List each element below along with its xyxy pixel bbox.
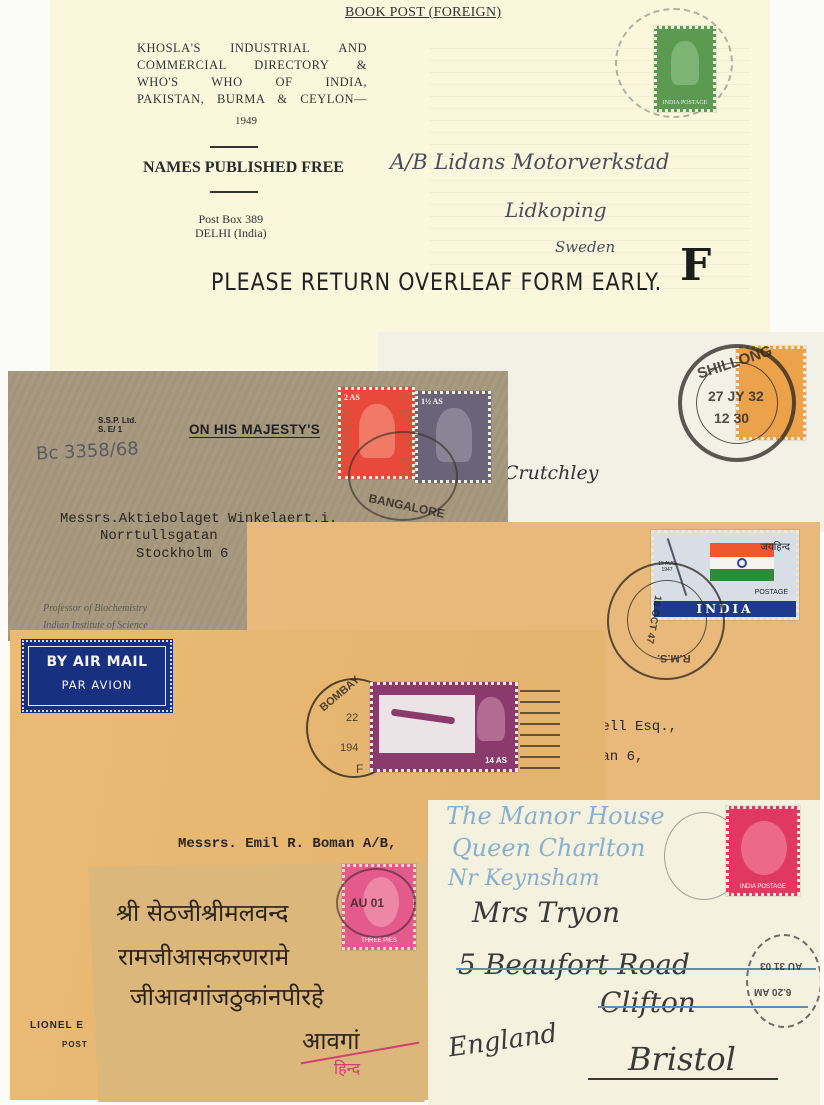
green-king-stamp: INDIA POSTAGE bbox=[654, 26, 716, 112]
divider bbox=[210, 146, 258, 148]
book-post-cover: BOOK POST (FOREIGN) KHOSLA'S INDUSTRIAL … bbox=[50, 0, 770, 370]
bristol-cover: INDIA POSTAGE The Manor House Queen Char… bbox=[428, 800, 820, 1105]
printer-mark: S.S.P. Ltd. S. E/ 1 bbox=[98, 416, 137, 434]
divider bbox=[210, 191, 258, 193]
address-line: Messrs. Emil R. Boman A/B, bbox=[178, 836, 396, 852]
handwritten-country: Sweden bbox=[555, 238, 615, 256]
ashoka-chakra-icon bbox=[737, 558, 747, 568]
address-line: Norrtullsgatan bbox=[100, 528, 218, 544]
air-mail-label: BY AIR MAIL PAR AVION bbox=[22, 640, 172, 712]
crossed-out-address: Nr Keynsham bbox=[448, 866, 600, 891]
big-letter-f: F bbox=[680, 240, 711, 291]
flag-green-band bbox=[710, 569, 774, 581]
red-note: हिन्द bbox=[334, 1057, 360, 1079]
address-line: Stockholm 6 bbox=[136, 546, 228, 562]
king-portrait-icon bbox=[477, 697, 505, 741]
one-anna-stamp: INDIA POSTAGE bbox=[726, 806, 800, 896]
stamp-vignette bbox=[379, 695, 475, 753]
sender-address: Post Box 389 DELHI (India) bbox=[195, 212, 267, 240]
crossed-out-address: Queen Charlton bbox=[452, 834, 645, 862]
street-address: 5 Beaufort Road bbox=[458, 948, 690, 981]
district: Clifton bbox=[600, 986, 696, 1019]
king-portrait-icon bbox=[671, 41, 699, 85]
sender-name: LIONEL E bbox=[30, 1020, 84, 1031]
city: Bristol bbox=[628, 1040, 736, 1078]
book-post-header: BOOK POST (FOREIGN) bbox=[345, 5, 501, 21]
directory-title: KHOSLA'S INDUSTRIAL AND COMMERCIAL DIREC… bbox=[137, 40, 367, 108]
addressee: Mrs Tryon bbox=[472, 896, 620, 929]
king-portrait-icon bbox=[741, 821, 787, 875]
handwritten-name: Crutchley bbox=[504, 462, 598, 484]
crossed-out-address: The Manor House bbox=[446, 802, 665, 830]
devanagari-line: श्री सेठजीश्रीमलवन्द bbox=[116, 896, 288, 929]
handwritten-city: Lidkoping bbox=[505, 198, 607, 222]
handwritten-addressee: A/B Lidans Motorverkstad bbox=[390, 150, 669, 174]
devanagari-line: रामजीआसकरणरामे bbox=[118, 940, 289, 973]
handwritten-reference: Bc 3358/68 bbox=[36, 438, 140, 464]
names-published-free: NAMES PUBLISHED FREE bbox=[143, 159, 344, 177]
sender-lines: Professor of Biochemistry Indian Institu… bbox=[43, 600, 148, 634]
devanagari-line: जीआवगांजठुकांनपीरहे bbox=[130, 980, 324, 1013]
address-line: Bell Esq., bbox=[593, 719, 677, 735]
wavy-cancel-lines bbox=[520, 688, 560, 778]
clifton-postmark bbox=[746, 934, 820, 1028]
rms-postmark-inner bbox=[627, 580, 707, 660]
airmail-aeroplane-stamp: 14 AS bbox=[370, 682, 518, 772]
country: England bbox=[446, 1019, 559, 1064]
city-underline bbox=[588, 1078, 778, 1080]
devanagari-cover: THREE PIES AU 01 श्री सेठजीश्रीमलवन्द रा… bbox=[88, 862, 428, 1102]
directory-year: 1949 bbox=[235, 115, 257, 127]
devanagari-line: आवगां bbox=[302, 1024, 360, 1057]
sender-sub: POST bbox=[62, 1040, 88, 1049]
please-return-notice: PLEASE RETURN OVERLEAF FORM EARLY. bbox=[211, 268, 662, 296]
ohms-header: ON HIS MAJESTY'S bbox=[189, 422, 320, 438]
